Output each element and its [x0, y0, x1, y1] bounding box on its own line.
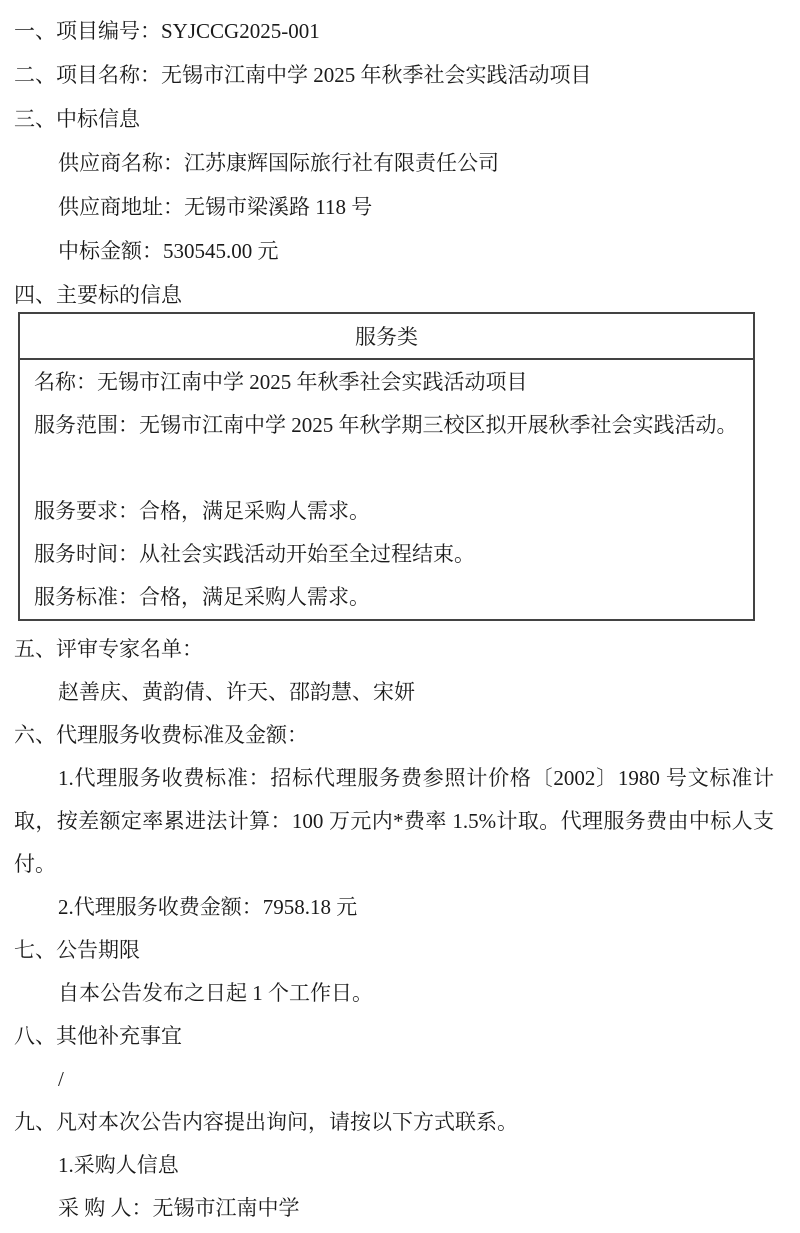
purchaser-name-line: 采 购 人：无锡市江南中学 [14, 1187, 774, 1230]
document-top-block: 一、项目编号：SYJCCG2025-001 二、项目名称：无锡市江南中学 202… [14, 9, 774, 317]
section-project-number: 一、项目编号：SYJCCG2025-001 [14, 9, 774, 53]
section-contact-heading: 九、凡对本次公告内容提出询问，请按以下方式联系。 [14, 1101, 774, 1144]
section-subject-heading: 四、主要标的信息 [14, 273, 774, 317]
section-bid-info-heading: 三、中标信息 [14, 97, 774, 141]
table-row: 服务要求：合格，满足采购人需求。 [34, 490, 743, 533]
subject-table-header: 服务类 [19, 313, 754, 359]
table-row: 名称：无锡市江南中学 2025 年秋季社会实践活动项目 [34, 361, 743, 404]
section-period-heading: 七、公告期限 [14, 929, 774, 972]
subject-table-body-cell: 名称：无锡市江南中学 2025 年秋季社会实践活动项目 服务范围：无锡市江南中学… [19, 359, 754, 620]
section-agency-fee-heading: 六、代理服务收费标准及金额： [14, 714, 774, 757]
table-row: 服务标准：合格，满足采购人需求。 [34, 576, 743, 619]
supplier-name-line: 供应商名称：江苏康辉国际旅行社有限责任公司 [14, 141, 774, 185]
document-page: 一、项目编号：SYJCCG2025-001 二、项目名称：无锡市江南中学 202… [0, 0, 800, 1233]
subject-table-body-row: 名称：无锡市江南中学 2025 年秋季社会实践活动项目 服务范围：无锡市江南中学… [19, 359, 754, 620]
other-content-line: / [14, 1058, 774, 1101]
agency-fee-standard-paragraph: 1.代理服务收费标准：招标代理服务费参照计价格〔2002〕1980 号文标准计取… [14, 757, 774, 886]
purchaser-info-heading: 1.采购人信息 [14, 1144, 774, 1187]
section-project-name: 二、项目名称：无锡市江南中学 2025 年秋季社会实践活动项目 [14, 53, 774, 97]
subject-table-header-row: 服务类 [19, 313, 754, 359]
subject-info-table: 服务类 名称：无锡市江南中学 2025 年秋季社会实践活动项目 服务范围：无锡市… [18, 312, 755, 621]
agency-fee-amount-line: 2.代理服务收费金额：7958.18 元 [14, 886, 774, 929]
table-row: 服务时间：从社会实践活动开始至全过程结束。 [34, 533, 743, 576]
document-bottom-block: 五、评审专家名单： 赵善庆、黄韵倩、许天、邵韵慧、宋妍 六、代理服务收费标准及金… [14, 628, 774, 1230]
section-experts-heading: 五、评审专家名单： [14, 628, 774, 671]
experts-list: 赵善庆、黄韵倩、许天、邵韵慧、宋妍 [14, 671, 774, 714]
period-content-line: 自本公告发布之日起 1 个工作日。 [14, 972, 774, 1015]
table-row: 服务范围：无锡市江南中学 2025 年秋学期三校区拟开展秋季社会实践活动。 [34, 404, 743, 490]
bid-amount-line: 中标金额：530545.00 元 [14, 229, 774, 273]
supplier-address-line: 供应商地址：无锡市梁溪路 118 号 [14, 185, 774, 229]
section-other-heading: 八、其他补充事宜 [14, 1015, 774, 1058]
